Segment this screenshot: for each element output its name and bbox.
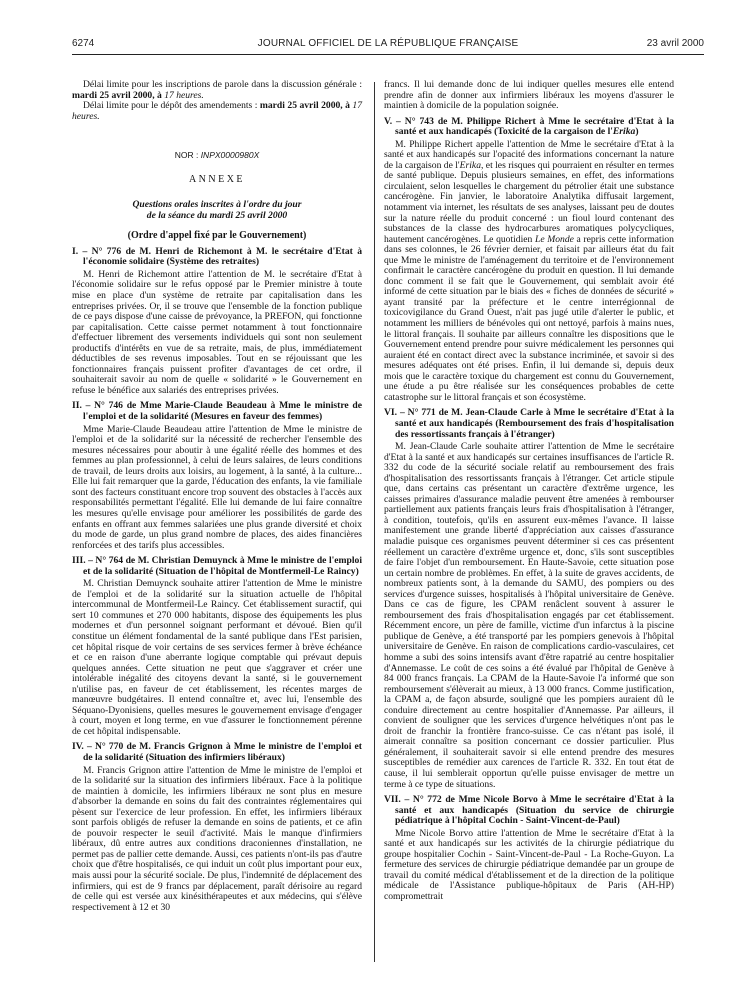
journal-page: 6274 JOURNAL OFFICIEL DE LA RÉPUBLIQUE F… [0, 0, 748, 990]
question-body-6: M. Jean-Claude Carle souhaite attirer l'… [384, 442, 674, 790]
question-title-7: VII. – N° 772 de Mme Nicole Borvo à Mme … [384, 795, 674, 827]
question-body-1: M. Henri de Richemont attire l'attention… [72, 270, 362, 397]
column-divider [374, 82, 375, 962]
question-title-2: II. – N° 746 de Mme Marie-Claude Beaudea… [72, 401, 362, 422]
question-title-3: III. – N° 764 de M. Christian Demuynck à… [72, 556, 362, 577]
question-body-4: M. Francis Grignon attire l'attention de… [72, 766, 362, 914]
annexe-subtitle: Questions orales inscrites à l'ordre du … [72, 199, 362, 221]
left-column: Délai limite pour les inscriptions de pa… [72, 80, 362, 913]
question-body-4-continued: francs. Il lui demande donc de lui indiq… [384, 80, 674, 112]
question-title-1: I. – N° 776 de M. Henri de Richemont à M… [72, 247, 362, 268]
question-body-5: M. Philippe Richert appelle l'attention … [384, 140, 674, 404]
question-body-2: Mme Marie-Claude Beaudeau attire l'atten… [72, 425, 362, 552]
question-title-4: IV. – N° 770 de M. Francis Grignon à Mme… [72, 742, 362, 763]
ordre-appel: (Ordre d'appel fixé par le Gouvernement) [72, 231, 362, 242]
annexe-title: ANNEXE [72, 175, 362, 186]
issue-date: 23 avril 2000 [647, 38, 704, 49]
question-body-3: M. Christian Demuynck souhaite attirer l… [72, 579, 362, 737]
question-title-6: VI. – N° 771 de M. Jean-Claude Carle à M… [384, 408, 674, 440]
deadline-amendments: Délai limite pour le dépôt des amendemen… [72, 101, 362, 122]
right-column: francs. Il lui demande donc de lui indiq… [384, 80, 674, 903]
journal-title: JOURNAL OFFICIEL DE LA RÉPUBLIQUE FRANÇA… [72, 38, 704, 49]
question-title-5: V. – N° 743 de M. Philippe Richert à Mme… [384, 117, 674, 138]
question-body-7: Mme Nicole Borvo attire l'attention de M… [384, 829, 674, 903]
deadline-discussion: Délai limite pour les inscriptions de pa… [72, 80, 362, 101]
page-header: 6274 JOURNAL OFFICIEL DE LA RÉPUBLIQUE F… [72, 35, 704, 57]
header-rule [72, 54, 704, 55]
nor-reference: NOR : INPX0000980X [72, 150, 362, 161]
